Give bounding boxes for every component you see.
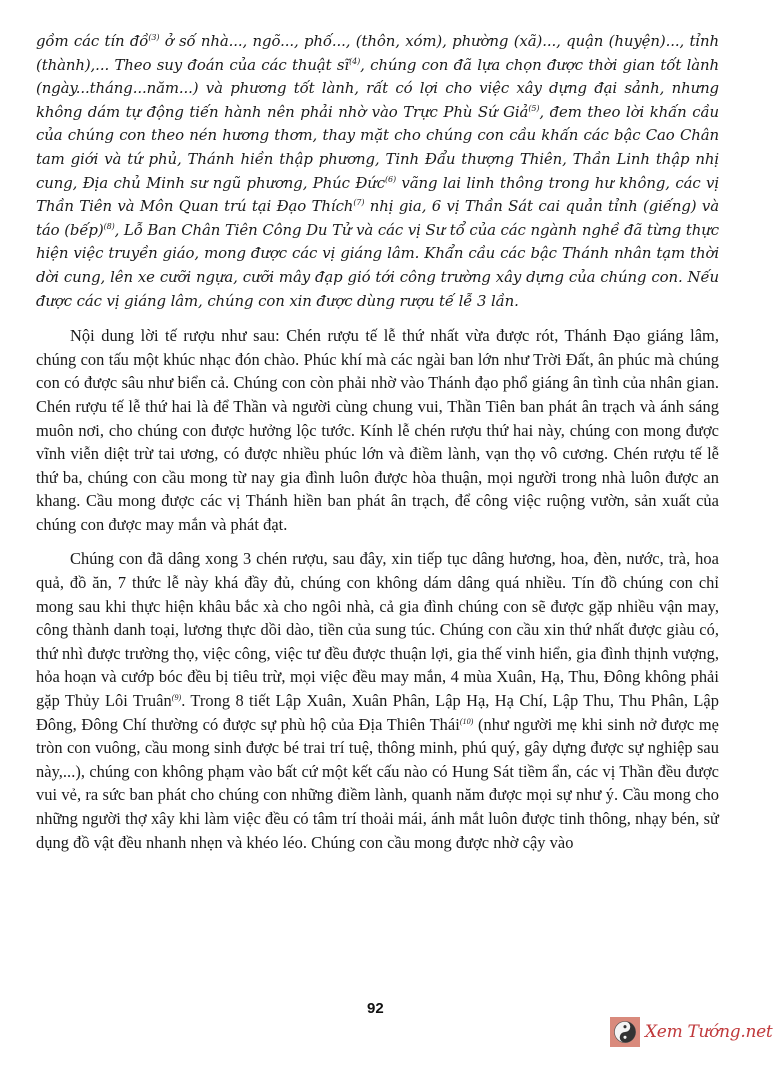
paragraph-offerings-wishes: Chúng con đã dâng xong 3 chén rượu, sau … — [36, 547, 719, 854]
footnote-marker-3: (3) — [148, 33, 159, 42]
paragraph-invocation: gồm các tín đồ(3) ở số nhà..., ngõ..., p… — [36, 30, 719, 313]
watermark-logo: Xem Tướng.net — [610, 1013, 772, 1051]
text-segment: Nội dung lời tế rượu như sau: Chén rượu … — [36, 326, 719, 534]
paragraph-wine-offering: Nội dung lời tế rượu như sau: Chén rượu … — [36, 324, 719, 536]
yin-yang-icon — [614, 1021, 636, 1043]
footnote-marker-9: (9) — [172, 693, 181, 702]
footnote-marker-8: (8) — [104, 222, 115, 231]
page-number: 92 — [367, 1000, 384, 1017]
footnote-marker-6: (6) — [385, 175, 396, 184]
footnote-marker-5: (5) — [528, 104, 539, 113]
footnote-marker-10: (10) — [460, 717, 474, 726]
text-segment: gồm các tín đồ — [36, 32, 148, 50]
footnote-marker-7: (7) — [353, 198, 364, 207]
watermark-text: Xem Tướng.net — [645, 1022, 772, 1042]
watermark-logo-box — [610, 1017, 640, 1047]
text-segment: (như người mẹ khi sinh nở được mẹ tròn c… — [36, 715, 719, 852]
document-page: gồm các tín đồ(3) ở số nhà..., ngõ..., p… — [36, 30, 719, 854]
footnote-marker-4: (4) — [349, 57, 360, 66]
text-segment: , Lỗ Ban Chân Tiên Công Du Tử và các vị … — [36, 221, 719, 310]
text-segment: Chúng con đã dâng xong 3 chén rượu, sau … — [36, 549, 719, 710]
